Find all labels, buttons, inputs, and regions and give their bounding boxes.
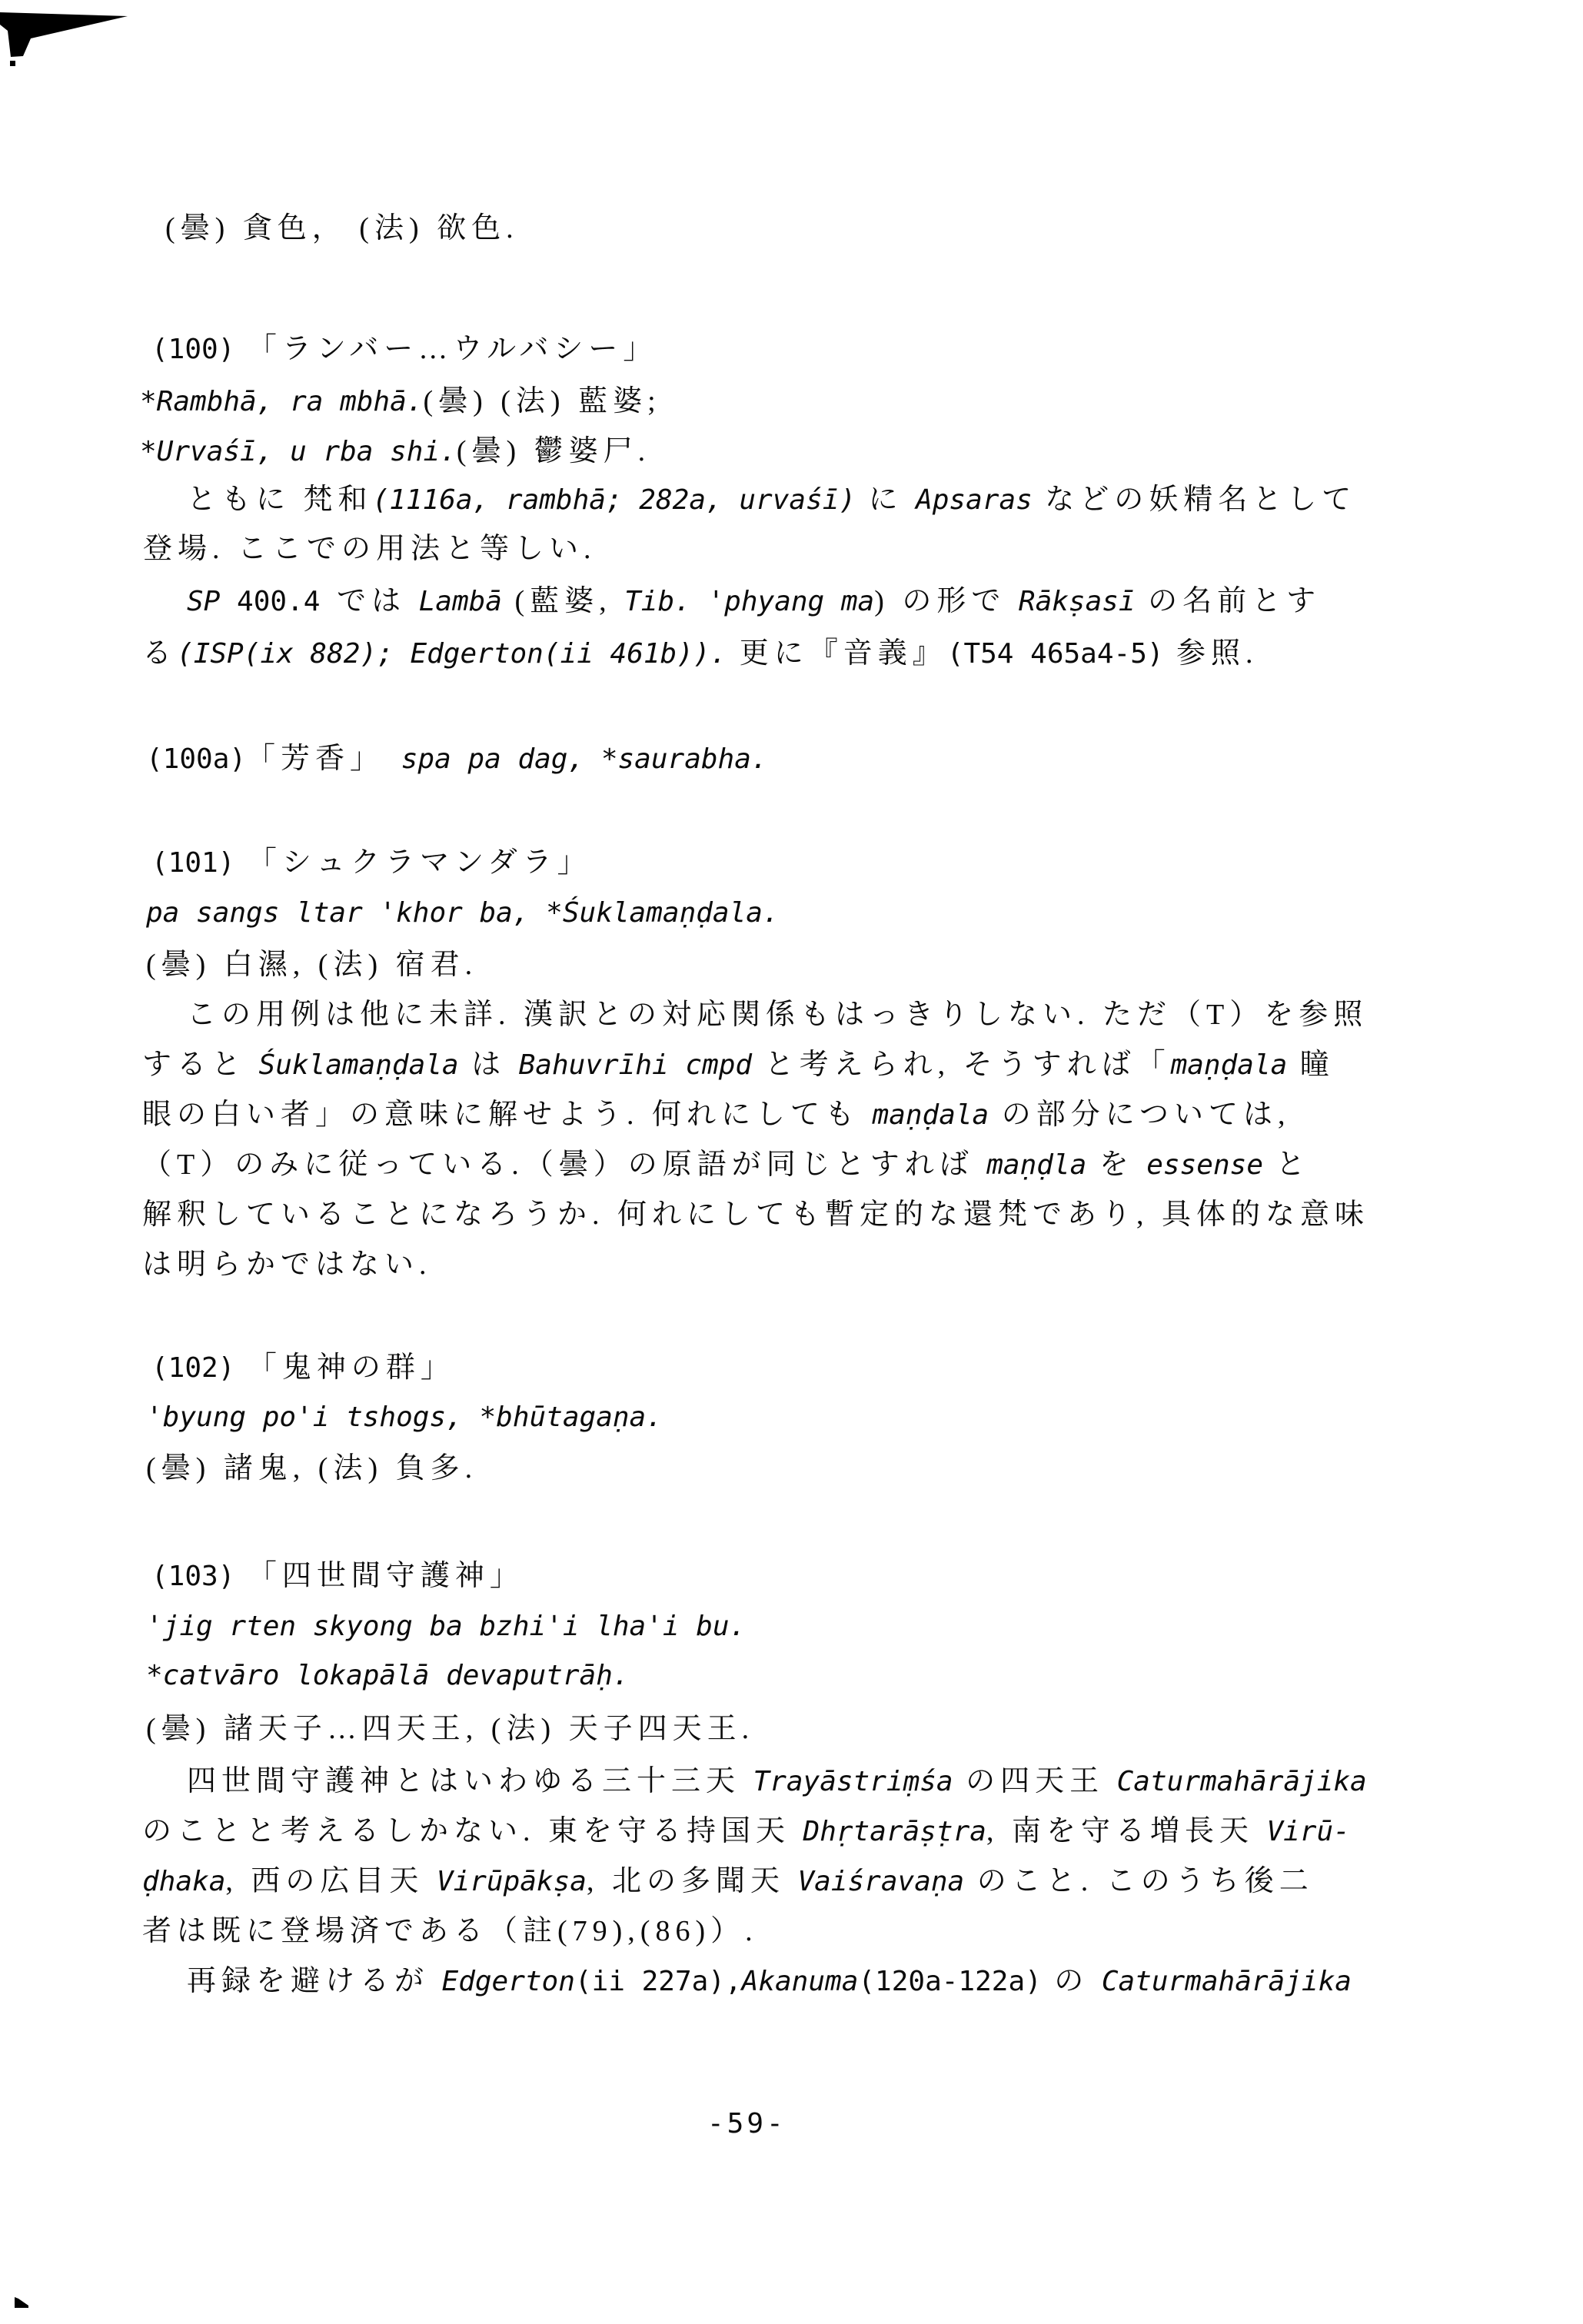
japanese-text: の xyxy=(1042,1965,1102,1997)
romanized-term: Virū- xyxy=(1266,1816,1349,1847)
text-line: 眼の白い者」の意味に解せよう. 何れにしても maṇḍala の部分については, xyxy=(142,1100,1290,1129)
romanized-term: Lambā xyxy=(419,586,502,617)
text-line: *catvāro lokapālā devaputrāḥ. xyxy=(146,1662,630,1690)
japanese-text: 登場. ここでの用法と等しい. xyxy=(143,533,597,565)
romanized-term: spa pa dag, *saurabha. xyxy=(384,743,768,775)
romanized-term: Apsaras xyxy=(916,484,1033,516)
scan-artifact-bottom-left xyxy=(0,2287,46,2324)
japanese-text: 参照. xyxy=(1164,637,1259,670)
japanese-text: (曇) (法) 藍婆; xyxy=(423,385,660,417)
japanese-text: 「鬼神の群」 xyxy=(234,1352,455,1384)
japanese-text: ) の形で xyxy=(874,585,1019,617)
text-line: は明らかではない. xyxy=(142,1250,432,1279)
japanese-text: る xyxy=(142,637,177,670)
text-line: すると Śuklamaṇḍala は Bahuvrīhi cmpd と考えられ,… xyxy=(142,1050,1335,1079)
japanese-text: 「四世間守護神」 xyxy=(234,1560,524,1592)
romanized-term: Trayāstriṃśa xyxy=(753,1766,953,1797)
text-line: 解釈していることになろうか. 何れにしても暫定的な還梵であり, 具体的な意味 xyxy=(142,1200,1369,1229)
japanese-text: , 南を守る増長天 xyxy=(986,1815,1267,1847)
romanized-term: Caturmahārājika xyxy=(1102,1966,1352,1997)
reference-number: (103) xyxy=(151,1561,234,1592)
text-line: 者は既に登場済である（註(79),(86)）. xyxy=(142,1917,758,1946)
japanese-text: この用例は他に未詳. 漢訳との対応関係もはっきりしない. ただ（T）を参照 xyxy=(187,999,1368,1031)
romanized-term: ḍhaka xyxy=(142,1866,225,1897)
text-line: (曇) 白濕, (法) 宿君. xyxy=(146,950,477,979)
romanized-term: Rākṣasī xyxy=(1019,586,1136,617)
japanese-text: (藍婆, xyxy=(502,585,624,617)
romanized-term: *Rambhā, ra mbhā. xyxy=(140,386,423,417)
romanized-term: Akanuma xyxy=(742,1966,859,1997)
text-line: ḍhaka, 西の広目天 Virūpākṣa, 北の多聞天 Vaiśravaṇa… xyxy=(142,1867,1314,1896)
text-line: (曇) 諸天子…四天王, (法) 天子四天王. xyxy=(146,1714,754,1744)
reference-number: (102) xyxy=(151,1352,234,1384)
japanese-text: 「シュクラマンダラ」 xyxy=(234,846,591,879)
romanized-term: maṇḍala xyxy=(873,1099,989,1131)
japanese-text: では xyxy=(337,585,419,617)
japanese-text: に xyxy=(856,484,916,516)
romanized-term: Edgerton xyxy=(442,1966,575,1997)
japanese-text: , 北の多聞天 xyxy=(587,1865,798,1897)
japanese-text: の部分については, xyxy=(989,1099,1290,1131)
romanized-term: *Urvaśī, u rba shi. xyxy=(140,436,457,467)
japanese-text: 者は既に登場済である（註(79),(86)）. xyxy=(142,1915,758,1947)
romanized-term: maṇḍala xyxy=(1171,1049,1288,1081)
text-line: 登場. ここでの用法と等しい. xyxy=(143,534,597,564)
text-line: (100a)「芳香」 spa pa dag, *saurabha. xyxy=(146,744,768,773)
page-number: -59- xyxy=(707,2108,787,2139)
japanese-text: のことと考えるしかない. 東を守る持国天 xyxy=(142,1815,803,1847)
text-line: 四世間守護神とはいわゆる三十三天 Trayāstriṃśa の四天王 Catur… xyxy=(187,1767,1367,1796)
text-line: 再録を避けるが Edgerton(ii 227a),Akanuma(120a-1… xyxy=(187,1967,1352,1996)
text-line: *Rambhā, ra mbhā.(曇) (法) 藍婆; xyxy=(140,387,661,416)
romanized-term: SP xyxy=(187,586,220,617)
text-line: のことと考えるしかない. 東を守る持国天 Dhṛtarāṣṭra, 南を守る増長… xyxy=(142,1817,1350,1846)
japanese-text: (曇) 諸天子…四天王, (法) 天子四天王. xyxy=(146,1713,754,1745)
reference-number: 400.4 xyxy=(220,586,337,617)
japanese-text: は xyxy=(459,1049,519,1081)
romanized-term: Vaiśravaṇa xyxy=(797,1866,964,1897)
reference-number: (120a-122a) xyxy=(858,1966,1041,1997)
romanized-term: Tib. 'phyang ma xyxy=(624,586,874,617)
japanese-text: は明らかではない. xyxy=(142,1248,432,1281)
text-line: この用例は他に未詳. 漢訳との対応関係もはっきりしない. ただ（T）を参照 xyxy=(187,1000,1368,1029)
romanized-term: pa sangs ltar 'khor ba, *Śuklamaṇḍala. xyxy=(146,897,780,929)
japanese-text: 四世間守護神とはいわゆる三十三天 xyxy=(187,1765,753,1797)
romanized-term: Virūpākṣa xyxy=(437,1866,587,1897)
text-line: pa sangs ltar 'khor ba, *Śuklamaṇḍala. xyxy=(146,899,780,927)
romanized-term: Dhṛtarāṣṭra xyxy=(803,1816,986,1847)
romanized-term: maṇḍla xyxy=(986,1149,1086,1181)
text-line: SP 400.4 では Lambā (藍婆, Tib. 'phyang ma) … xyxy=(187,587,1321,616)
romanized-term: Śuklamaṇḍala xyxy=(259,1049,459,1081)
romanized-term: (1116a, rambhā; 282a, urvaśī) xyxy=(373,484,856,516)
text-line: （T）のみに従っている.（曇）の原語が同じとすれば maṇḍla を essen… xyxy=(142,1150,1311,1179)
japanese-text: 再録を避けるが xyxy=(187,1965,442,1997)
japanese-text: (曇) 白濕, (法) 宿君. xyxy=(146,949,477,981)
japanese-text: 瞳 xyxy=(1287,1049,1335,1081)
japanese-text: 解釈していることになろうか. 何れにしても暫定的な還梵であり, 具体的な意味 xyxy=(142,1199,1369,1231)
reference-number: (T54 465a4-5) xyxy=(947,638,1164,670)
japanese-text: ともに 梵和 xyxy=(187,484,373,516)
japanese-text: (曇) 諸鬼, (法) 負多. xyxy=(146,1452,477,1485)
text-line: (102) 「鬼神の群」 xyxy=(151,1353,455,1382)
romanized-term: 'jig rten skyong ba bzhi'i lha'i bu. xyxy=(146,1611,746,1642)
japanese-text: の四天王 xyxy=(953,1765,1117,1797)
romanized-term: essense xyxy=(1146,1149,1263,1181)
text-line: (曇) 貪色， (法) 欲色. xyxy=(165,214,519,243)
japanese-text: すると xyxy=(142,1049,259,1081)
japanese-text: を xyxy=(1086,1149,1146,1181)
text-line: 'byung po'i tshogs, *bhūtagaṇa. xyxy=(146,1404,663,1431)
japanese-text: と xyxy=(1263,1149,1311,1181)
japanese-text: (曇) 貪色， (法) 欲色. xyxy=(165,212,519,244)
reference-number: (101) xyxy=(151,847,234,879)
reference-number: (ii 227a), xyxy=(575,1966,742,1997)
japanese-text: と考えられ, そうすれば「 xyxy=(752,1049,1171,1081)
japanese-text: 眼の白い者」の意味に解せよう. 何れにしても xyxy=(142,1099,873,1131)
text-line: *Urvaśī, u rba shi.(曇) 鬱婆尸. xyxy=(140,437,650,466)
text-line: (100) 「ランバー…ウルバシー」 xyxy=(151,334,657,364)
text-line: (曇) 諸鬼, (法) 負多. xyxy=(146,1454,477,1483)
japanese-text: , 西の広目天 xyxy=(225,1865,437,1897)
japanese-text: などの妖精名として xyxy=(1033,484,1357,516)
romanized-term: (ISP(ix 882); Edgerton(ii 461b)). xyxy=(177,638,727,670)
text-line: る(ISP(ix 882); Edgerton(ii 461b)). 更に『音義… xyxy=(142,639,1259,668)
document-page: -59- (曇) 貪色， (法) 欲色.(100) 「ランバー…ウルバシー」*R… xyxy=(0,0,1583,2324)
japanese-text: 「ランバー…ウルバシー」 xyxy=(234,333,657,365)
romanized-term: Bahuvrīhi cmpd xyxy=(519,1049,752,1081)
text-line: 'jig rten skyong ba bzhi'i lha'i bu. xyxy=(146,1613,746,1641)
romanized-term: 'byung po'i tshogs, *bhūtagaṇa. xyxy=(146,1401,663,1433)
reference-number: (100a) xyxy=(146,743,246,775)
reference-number: (100) xyxy=(151,334,234,365)
romanized-term: *catvāro lokapālā devaputrāḥ. xyxy=(146,1660,630,1691)
text-line: ともに 梵和(1116a, rambhā; 282a, urvaśī) に Ap… xyxy=(187,485,1356,514)
japanese-text: の名前とす xyxy=(1136,585,1322,617)
text-line: (103) 「四世間守護神」 xyxy=(151,1561,524,1591)
scan-artifact-top-left xyxy=(0,0,154,77)
romanized-term: Caturmahārājika xyxy=(1117,1766,1367,1797)
japanese-text: （T）のみに従っている.（曇）の原語が同じとすれば xyxy=(142,1149,986,1181)
japanese-text: (曇) 鬱婆尸. xyxy=(457,435,650,467)
japanese-text: 更に『音義』 xyxy=(727,637,947,670)
japanese-text: のこと. このうち後二 xyxy=(964,1865,1314,1897)
text-line: (101) 「シュクラマンダラ」 xyxy=(151,848,592,877)
japanese-text: 「芳香」 xyxy=(246,743,384,775)
